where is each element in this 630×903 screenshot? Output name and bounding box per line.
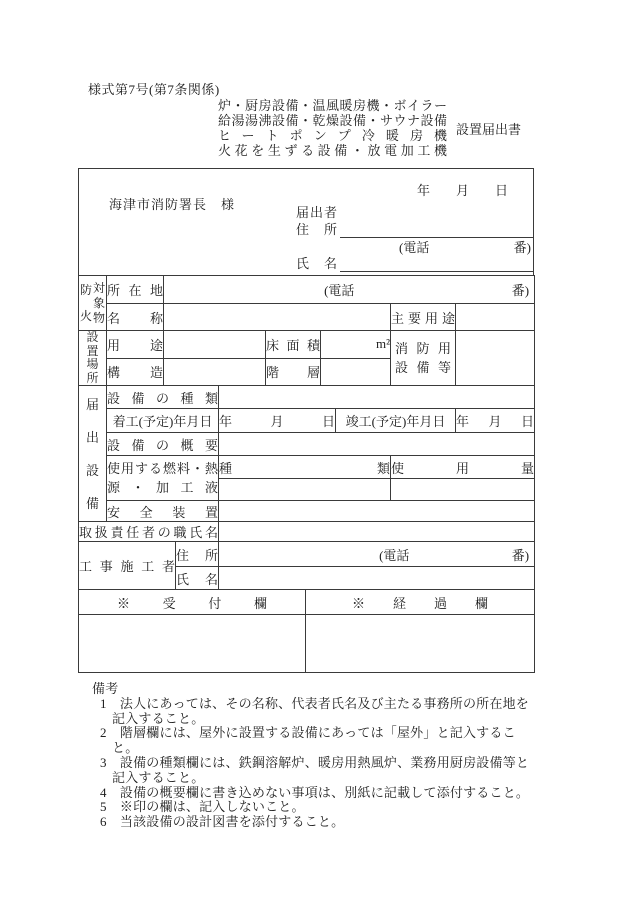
equipment-type-label: 設備の種類 [107,386,219,409]
notifier-label: 届出者 [296,205,338,221]
kind-header: 種類 [219,456,391,479]
progress-header: ※経過欄 [306,590,535,615]
safety-label: 安全装置 [107,501,219,522]
note-item-5: 5 ※印の欄は、記入しないこと。 [100,800,532,815]
location-phone-close: 番) [512,280,529,299]
notes-section: 備考 1 法人にあっては、その名称、代表者氏名及び主たる事務所の所在地を記入する… [92,682,532,830]
title-line-2: 給湯湯沸設備・乾燥設備・サウナ設備 [218,113,447,128]
notes-heading: 備考 [92,682,532,697]
note-item-1: 1 法人にあっては、その名称、代表者氏名及び主たる事務所の所在地を記入すること。 [100,697,532,727]
end-date-label: 竣工(予定)年月日 [336,409,456,433]
form-body: 年 月 日 海津市消防署長 様 届出者 住 所 (電話 番) 氏 名 [78,168,534,673]
location-phone-open: (電話 [324,280,354,299]
title-line-4: 火花を生ずる設備・放電加工機 [218,143,447,158]
doc-type-label: 設置届出書 [456,119,521,138]
handler-field [219,522,535,542]
fire-object-right: 対象物 [93,281,106,326]
floor-area-label: 床面積 [266,331,321,359]
main-use-field [456,304,535,331]
name-row: 氏 名 [296,256,533,272]
date-line: 年 月 日 [417,180,508,199]
name-label: 氏 名 [296,256,338,272]
notified-equipment-vertical: 届出設備 [86,388,99,520]
safety-field [219,501,535,522]
contractor-address-field: (電話 番) [219,542,535,567]
addressee: 海津市消防署長 様 [109,194,235,213]
note-item-2: 2 階層欄には、屋外に設置する設備にあっては「屋外」と記入すること。 [100,726,532,756]
amount-field [391,479,535,501]
title-block: 炉・厨房設備・温風暖房機・ボイラー 給湯湯沸設備・乾燥設備・サウナ設備 ヒートポ… [218,98,521,158]
use-field [164,331,266,359]
contractor-phone-close: 番) [512,545,529,564]
contractor-label: 工事施工者 [79,542,176,590]
note-item-6: 6 当該設備の設計図書を添付すること。 [100,815,532,830]
address-label: 住 所 [296,222,338,238]
location-label: 所在地 [107,276,164,304]
use-label: 用途 [107,331,164,359]
title-line-1: 炉・厨房設備・温風暖房機・ボイラー [218,98,447,113]
address-fill-line [340,222,533,238]
title-line-3: ヒートポンプ冷暖房機 [218,128,447,143]
notes-list: 1 法人にあっては、その名称、代表者氏名及び主たる事務所の所在地を記入すること。… [100,697,532,830]
fire-object-vertical: 防火 対象物 [79,276,106,330]
form-grid: 防火 対象物 所在地 (電話 番) 名称 主要用途 [78,275,535,673]
header-section: 年 月 日 海津市消防署長 様 届出者 住 所 (電話 番) 氏 名 [78,168,534,275]
place-vertical: 設置場所 [87,331,99,385]
floor-level-field [321,358,391,386]
floor-area-field: m² [321,331,391,359]
reception-header: ※受付欄 [79,590,306,615]
equipment-summary-field [219,433,535,456]
name-fill-line [340,256,533,272]
fuel-label: 使用する燃料・熱源・加工液 [107,456,219,501]
main-use-label: 主要用途 [391,304,456,331]
handler-label: 取扱責任者の職氏名 [79,522,219,542]
end-date-field: 年月日 [456,409,535,433]
address-row: 住 所 [296,222,533,238]
equipment-type-field [219,386,535,409]
note-item-4: 4 設備の概要欄に書き込めない事項は、別紙に記載して添付すること。 [100,786,532,801]
form-page: 様式第7号(第7条関係) 炉・厨房設備・温風暖房機・ボイラー 給湯湯沸設備・乾燥… [0,0,630,903]
equipment-list: 炉・厨房設備・温風暖房機・ボイラー 給湯湯沸設備・乾燥設備・サウナ設備 ヒートポ… [218,98,447,158]
sqm-unit: m² [376,336,390,351]
contractor-name-field [219,567,535,590]
location-phone-spread: (電話 番) [324,280,529,299]
fire-equipment-field [456,331,535,386]
start-date-label: 着工(予定)年月日 [107,409,219,433]
phone-note: (電話 番) [399,239,531,256]
contractor-phone-spread: (電話 番) [379,545,529,564]
name-label-cell: 名称 [107,304,164,331]
floor-level-label: 階層 [266,358,321,386]
place-header: 設置場所 [79,331,107,386]
name-field [164,304,391,331]
start-date-field: 年月日 [219,409,336,433]
fire-object-left: 防火 [80,277,93,329]
notified-equipment-header: 届出設備 [79,386,107,522]
notifier-row: 届出者 [296,205,533,221]
amount-header: 使用量 [391,456,535,479]
progress-box [306,615,535,673]
form-number: 様式第7号(第7条関係) [88,79,220,98]
contractor-address-label: 住所 [176,542,219,567]
location-phone: (電話 番) [164,276,534,303]
kind-field [219,479,391,501]
reception-box [79,615,306,673]
notifier-block: 届出者 住 所 (電話 番) 氏 名 [296,205,533,273]
location-field: (電話 番) [164,276,535,304]
equipment-summary-label: 設備の概要 [107,433,219,456]
fire-object-header: 防火 対象物 [79,276,107,331]
structure-label: 構造 [107,358,164,386]
contractor-phone: (電話 番) [219,542,534,566]
note-item-3: 3 設備の種類欄には、鉄鋼溶解炉、暖房用熱風炉、業務用厨房設備等と記入すること。 [100,756,532,786]
phone-close: 番) [514,239,531,256]
fire-equipment-line2: 設備等 [391,358,455,377]
fire-equipment-label: 消防用 設備等 [391,331,456,386]
phone-row: (電話 番) [296,239,533,256]
structure-field [164,358,266,386]
contractor-phone-open: (電話 [379,545,409,564]
phone-open: (電話 [399,239,429,256]
fire-equipment-line1: 消防用 [391,339,455,358]
contractor-name-label: 氏名 [176,567,219,590]
